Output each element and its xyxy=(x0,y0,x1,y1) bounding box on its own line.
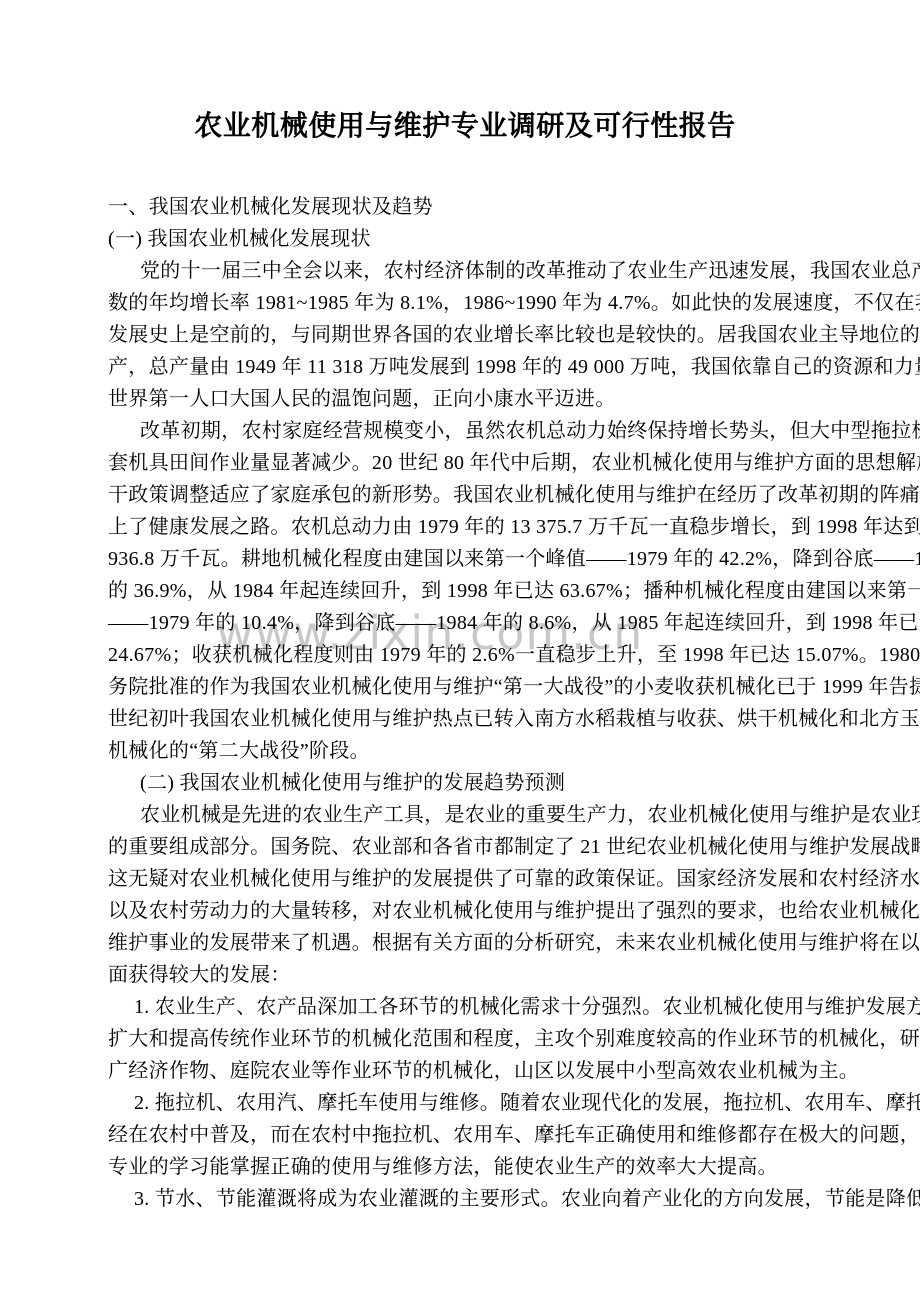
text-line: ——1979 年的 10.4%，降到谷底——1984 年的 8.6%，从 198… xyxy=(108,607,822,639)
text-line: 数的年均增长率 1981~1985 年为 8.1%，1986~1990 年为 4… xyxy=(108,287,822,319)
text-line: 农业机械是先进的农业生产工具，是农业的重要生产力，农业机械化使用与维护是农业现代… xyxy=(108,799,822,831)
text-line: (一) 我国农业机械化发展现状 xyxy=(108,223,822,255)
text-line: 产，总产量由 1949 年 11 318 万吨发展到 1998 年的 49 00… xyxy=(108,351,822,383)
paragraph: 党的十一届三中全会以来，农村经济体制的改革推动了农业生产迅速发展，我国农业总产值… xyxy=(108,255,822,415)
text-line: 务院批准的作为我国农业机械化使用与维护“第一大战役”的小麦收获机械化已于 199… xyxy=(108,671,822,703)
text-line: 套机具田间作业量显著减少。20 世纪 80 年代中后期，农业机械化使用与维护方面… xyxy=(108,447,822,479)
text-line: 一、我国农业机械化发展现状及趋势 xyxy=(108,191,822,223)
paragraph: 改革初期，农村家庭经营规模变小，虽然农机总动力始终保持增长势头，但大中型拖拉机及… xyxy=(108,415,822,767)
document-title: 农业机械使用与维护专业调研及可行性报告 xyxy=(108,0,822,148)
document-blocks: 一、我国农业机械化发展现状及趋势(一) 我国农业机械化发展现状党的十一届三中全会… xyxy=(108,191,822,1215)
section-heading: (二) 我国农业机械化使用与维护的发展趋势预测 xyxy=(108,767,822,799)
text-line: 3. 节水、节能灌溉将成为农业灌溉的主要形式。农业向着产业化的方向发展，节能是降… xyxy=(108,1183,822,1215)
text-line: 改革初期，农村家庭经营规模变小，虽然农机总动力始终保持增长势头，但大中型拖拉机及… xyxy=(108,415,822,447)
text-line: 专业的学习能掌握正确的使用与维修方法，能使农业生产的效率大大提高。 xyxy=(108,1151,822,1183)
section-heading: 一、我国农业机械化发展现状及趋势 xyxy=(108,191,822,223)
paragraph: 3. 节水、节能灌溉将成为农业灌溉的主要形式。农业向着产业化的方向发展，节能是降… xyxy=(108,1183,822,1215)
text-line: 扩大和提高传统作业环节的机械化范围和程度，主攻个别难度较高的作业环节的机械化，研… xyxy=(108,1023,822,1055)
text-line: 936.8 万千瓦。耕地机械化程度由建国以来第一个峰值——1979 年的 42.… xyxy=(108,543,822,575)
text-line: 经在农村中普及，而在农村中拖拉机、农用车、摩托车正确使用和维修都存在极大的问题，… xyxy=(108,1119,822,1151)
text-line: 面获得较大的发展： xyxy=(108,959,822,991)
text-line: 世界第一人口大国人民的温饱问题，正向小康水平迈进。 xyxy=(108,383,822,415)
text-line: 干政策调整适应了家庭承包的新形势。我国农业机械化使用与维护在经历了改革初期的阵痛… xyxy=(108,479,822,511)
text-line: 的重要组成部分。国务院、农业部和各省市都制定了 21 世纪农业机械化使用与维护发… xyxy=(108,831,822,863)
document-page: www.zixin.com.cn 农业机械使用与维护专业调研及可行性报告 一、我… xyxy=(0,0,920,1302)
text-line: 1. 农业生产、农产品深加工各环节的机械化需求十分强烈。农业机械化使用与维护发展… xyxy=(108,991,822,1023)
paragraph: 1. 农业生产、农产品深加工各环节的机械化需求十分强烈。农业机械化使用与维护发展… xyxy=(108,991,822,1087)
text-line: 党的十一届三中全会以来，农村经济体制的改革推动了农业生产迅速发展，我国农业总产值… xyxy=(108,255,822,287)
text-line: 上了健康发展之路。农机总动力由 1979 年的 13 375.7 万千瓦一直稳步… xyxy=(108,511,822,543)
section-heading: (一) 我国农业机械化发展现状 xyxy=(108,223,822,255)
text-line: 这无疑对农业机械化使用与维护的发展提供了可靠的政策保证。国家经济发展和农村经济水… xyxy=(108,863,822,895)
paragraph: 农业机械是先进的农业生产工具，是农业的重要生产力，农业机械化使用与维护是农业现代… xyxy=(108,799,822,991)
document-body: 农业机械使用与维护专业调研及可行性报告 一、我国农业机械化发展现状及趋势(一) … xyxy=(108,0,822,1215)
text-line: 24.67%；收获机械化程度则由 1979 年的 2.6%一直稳步上升，至 19… xyxy=(108,639,822,671)
text-line: (二) 我国农业机械化使用与维护的发展趋势预测 xyxy=(108,767,822,799)
text-line: 机械化的“第二大战役”阶段。 xyxy=(108,735,822,767)
text-line: 以及农村劳动力的大量转移，对农业机械化使用与维护提出了强烈的要求，也给农业机械化… xyxy=(108,895,822,927)
text-line: 发展史上是空前的，与同期世界各国的农业增长率比较也是较快的。居我国农业主导地位的… xyxy=(108,319,822,351)
text-line: 的 36.9%，从 1984 年起连续回升，到 1998 年已达 63.67%；… xyxy=(108,575,822,607)
text-line: 维护事业的发展带来了机遇。根据有关方面的分析研究，未来农业机械化使用与维护将在以… xyxy=(108,927,822,959)
text-line: 世纪初叶我国农业机械化使用与维护热点已转入南方水稻栽植与收获、烘干机械化和北方玉… xyxy=(108,703,822,735)
text-line: 2. 拖拉机、农用汽、摩托车使用与维修。随着农业现代化的发展，拖拉机、农用车、摩… xyxy=(108,1087,822,1119)
paragraph: 2. 拖拉机、农用汽、摩托车使用与维修。随着农业现代化的发展，拖拉机、农用车、摩… xyxy=(108,1087,822,1183)
text-line: 广经济作物、庭院农业等作业环节的机械化，山区以发展中小型高效农业机械为主。 xyxy=(108,1055,822,1087)
